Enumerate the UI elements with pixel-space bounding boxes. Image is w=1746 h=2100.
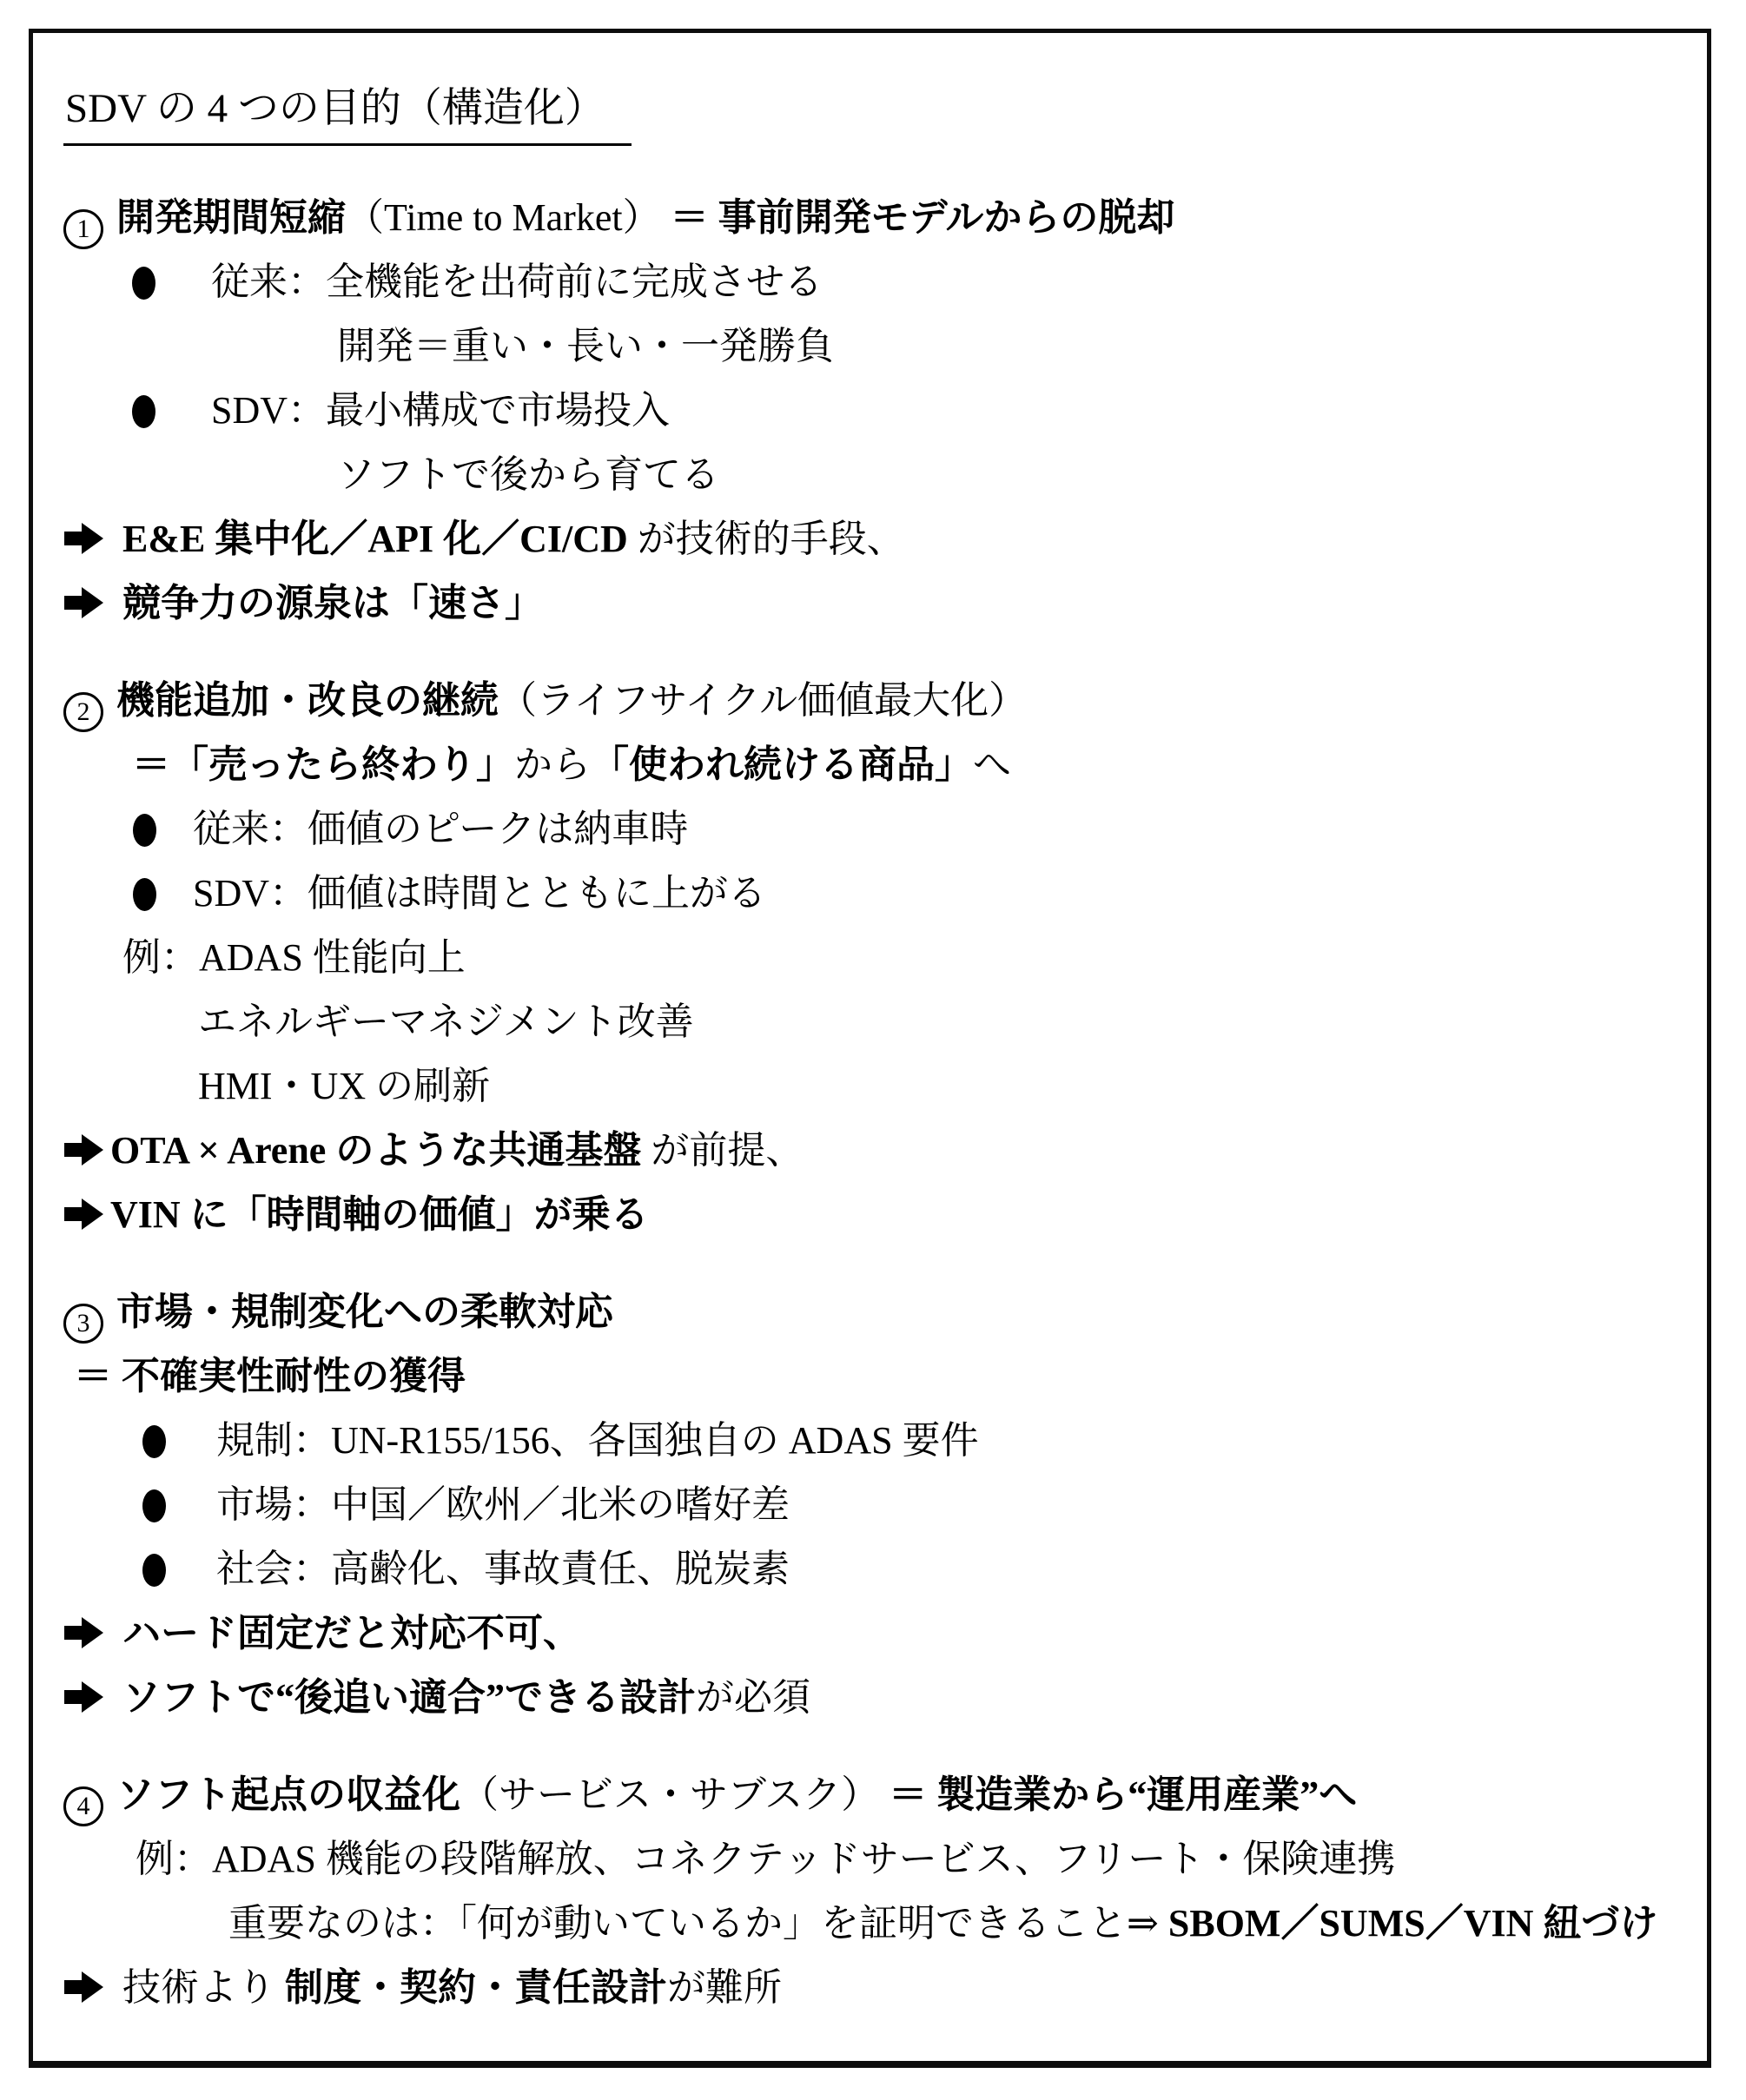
- section-1-bullet-2: SDV：最小構成で市場投入: [63, 379, 1686, 443]
- arrow-tail: [64, 1207, 82, 1221]
- section-2-example-cont-2: HMI・UX の刷新: [63, 1054, 1686, 1119]
- circled-number-icon: 1: [63, 209, 103, 249]
- section-3-bullet-2: 市場：中国／欧州／北米の嗜好差: [63, 1473, 1686, 1537]
- arrow-tail: [64, 1626, 82, 1640]
- text-segment: へ: [973, 743, 1011, 786]
- text-segment: ＝ 不確実性耐性の獲得: [74, 1355, 466, 1397]
- text-segment: E&E 集中化／API 化／CI/CD: [122, 518, 628, 560]
- right-arrow-icon: [63, 1971, 104, 2003]
- arrow-head: [82, 1134, 103, 1166]
- section-2-bullet-2: SDV：価値は時間とともに上がる: [63, 862, 1686, 926]
- text-segment: ソフトで“後追い適合”できる設計: [122, 1676, 696, 1719]
- section-3-bullet-3: 社会：高齢化、事故責任、脱炭素: [63, 1537, 1686, 1601]
- text-segment: 社会：高齢化、事故責任、脱炭素: [216, 1548, 790, 1590]
- arrow-head: [82, 1617, 103, 1648]
- section-1-header: 1開発期間短縮（Time to Market） ＝ 事前開発モデルからの脱却: [63, 186, 1686, 250]
- text-segment: VIN に「時間軸の価値」が乗る: [110, 1193, 649, 1236]
- text-segment: 規制：UN-R155/156、各国独自の ADAS 要件: [216, 1419, 979, 1462]
- text-segment: 技術より: [122, 1966, 285, 2009]
- arrow-tail: [64, 1143, 82, 1157]
- section-1-arrow-note-1: E&E 集中化／API 化／CI/CD が技術的手段、: [63, 507, 1686, 571]
- document-page: SDV の 4 つの目的（構造化）1開発期間短縮（Time to Market）…: [29, 29, 1711, 2068]
- text-segment: 制度・契約・責任設計: [285, 1966, 667, 2009]
- text-segment: ソフト起点の収益化: [116, 1773, 460, 1816]
- bullet-icon: [142, 1425, 166, 1458]
- text-segment: ＝ 製造業から“運用産業”へ: [879, 1773, 1357, 1816]
- text-segment: SBOM／SUMS／VIN 紐づけ: [1168, 1902, 1658, 1945]
- text-segment: 「使われ続ける商品」: [591, 743, 973, 786]
- bullet-icon: [132, 267, 155, 300]
- arrow-head: [82, 587, 103, 618]
- text-segment: SDV：価値は時間とともに上がる: [193, 872, 766, 915]
- text-segment: 市場：中国／欧州／北米の嗜好差: [216, 1483, 790, 1526]
- text-segment: （サービス・サブスク）: [460, 1773, 879, 1816]
- text-segment: SDV：最小構成で市場投入: [211, 389, 670, 432]
- text-segment: エネルギーマネジメント改善: [198, 1000, 694, 1043]
- section-3-arrow-note-1: ハード固定だと対応不可、: [63, 1601, 1686, 1666]
- section-4-header: 4ソフト起点の収益化（サービス・サブスク） ＝ 製造業から“運用産業”へ: [63, 1763, 1686, 1827]
- text-segment: ＝ 事前開発モデルからの脱却: [661, 196, 1175, 239]
- document-body: SDV の 4 つの目的（構造化）1開発期間短縮（Time to Market）…: [63, 83, 1686, 2020]
- text-segment: 従来：全機能を出荷前に完成させる: [211, 261, 823, 303]
- text-segment: ＝「売ったら終わり」: [132, 743, 514, 786]
- section-2-example-line: 例：ADAS 性能向上: [63, 926, 1686, 990]
- arrow-head: [82, 1199, 103, 1230]
- section-4-arrow-note-1: 技術より 制度・契約・責任設計が難所: [63, 1956, 1686, 2020]
- section-3-header: 3市場・規制変化への柔軟対応: [63, 1280, 1686, 1344]
- arrow-tail: [64, 532, 82, 545]
- arrow-head: [82, 1971, 103, 2003]
- right-arrow-icon: [63, 1134, 104, 1166]
- bullet-icon: [133, 814, 156, 847]
- text-segment: 従来：価値のピークは納車時: [193, 808, 688, 850]
- text-segment: （ライフサイクル価値最大化）: [499, 679, 1027, 722]
- section-3-arrow-note-2: ソフトで“後追い適合”できる設計が必須: [63, 1666, 1686, 1730]
- arrow-head: [82, 523, 103, 554]
- right-arrow-icon: [63, 1681, 104, 1713]
- text-segment: 重要なのは：「何が動いているか」を証明できること⇒: [228, 1902, 1168, 1945]
- section-2-example-cont-1: エネルギーマネジメント改善: [63, 990, 1686, 1054]
- circled-number-icon: 2: [63, 692, 103, 732]
- right-arrow-icon: [63, 523, 104, 554]
- text-segment: が必須: [696, 1676, 810, 1719]
- right-arrow-icon: [63, 1617, 104, 1648]
- section-4-example-line: 例：ADAS 機能の段階解放、コネクテッドサービス、フリート・保険連携: [63, 1827, 1686, 1892]
- text-segment: 機能追加・改良の継続: [116, 679, 499, 722]
- text-segment: 開発期間短縮: [116, 196, 346, 239]
- section-2-bullet-1: 従来：価値のピークは納車時: [63, 797, 1686, 862]
- section-4-key-point-line: 重要なのは：「何が動いているか」を証明できること⇒ SBOM／SUMS／VIN …: [63, 1892, 1686, 1956]
- text-segment: HMI・UX の刷新: [198, 1065, 490, 1107]
- section-2-arrow-note-1: OTA × Arene のような共通基盤 が前提、: [63, 1119, 1686, 1183]
- text-segment: 例：ADAS 機能の段階解放、コネクテッドサービス、フリート・保険連携: [136, 1838, 1395, 1880]
- section-2-header: 2機能追加・改良の継続（ライフサイクル価値最大化）: [63, 669, 1686, 733]
- text-segment: が前提、: [641, 1129, 804, 1172]
- section-1-arrow-note-2: 競争力の源泉は「速さ」: [63, 571, 1686, 636]
- section-2-equals-line: ＝「売ったら終わり」から「使われ続ける商品」へ: [63, 733, 1686, 797]
- arrow-tail: [64, 1980, 82, 1994]
- arrow-tail: [64, 1690, 82, 1704]
- text-segment: から: [514, 743, 591, 786]
- text-segment: ハード固定だと対応不可、: [122, 1612, 581, 1654]
- arrow-tail: [64, 596, 82, 610]
- text-segment: 市場・規制変化への柔軟対応: [116, 1291, 613, 1333]
- section-1-bullet-1: 従来：全機能を出荷前に完成させる: [63, 250, 1686, 314]
- text-segment: （Time to Market）: [346, 196, 661, 239]
- section-1-sub-1: 開発＝重い・長い・一発勝負: [63, 314, 1686, 379]
- arrow-head: [82, 1681, 103, 1713]
- bullet-icon: [133, 878, 156, 911]
- text-segment: OTA × Arene のような共通基盤: [110, 1129, 641, 1172]
- text-segment: 例：ADAS 性能向上: [122, 936, 466, 979]
- bullet-icon: [142, 1554, 166, 1587]
- circled-number-icon: 3: [63, 1304, 103, 1344]
- circled-number-icon: 4: [63, 1786, 103, 1826]
- bullet-icon: [132, 395, 155, 428]
- right-arrow-icon: [63, 587, 104, 618]
- bullet-icon: [142, 1489, 166, 1522]
- right-arrow-icon: [63, 1199, 104, 1230]
- section-2-arrow-note-2: VIN に「時間軸の価値」が乗る: [63, 1183, 1686, 1247]
- section-3-bullet-1: 規制：UN-R155/156、各国独自の ADAS 要件: [63, 1409, 1686, 1473]
- section-3-equals-line: ＝ 不確実性耐性の獲得: [63, 1344, 1686, 1409]
- title-line: SDV の 4 つの目的（構造化）: [63, 83, 1686, 146]
- section-1-sub-2: ソフトで後から育てる: [63, 443, 1686, 507]
- text-segment: ソフトで後から育てる: [337, 453, 719, 496]
- text-segment: が技術的手段、: [628, 518, 905, 560]
- text-segment: 開発＝重い・長い・一発勝負: [337, 325, 834, 367]
- text-segment: 競争力の源泉は「速さ」: [122, 582, 543, 624]
- text-segment: SDV の 4 つの目的（構造化）: [63, 83, 632, 146]
- text-segment: が難所: [667, 1966, 782, 2009]
